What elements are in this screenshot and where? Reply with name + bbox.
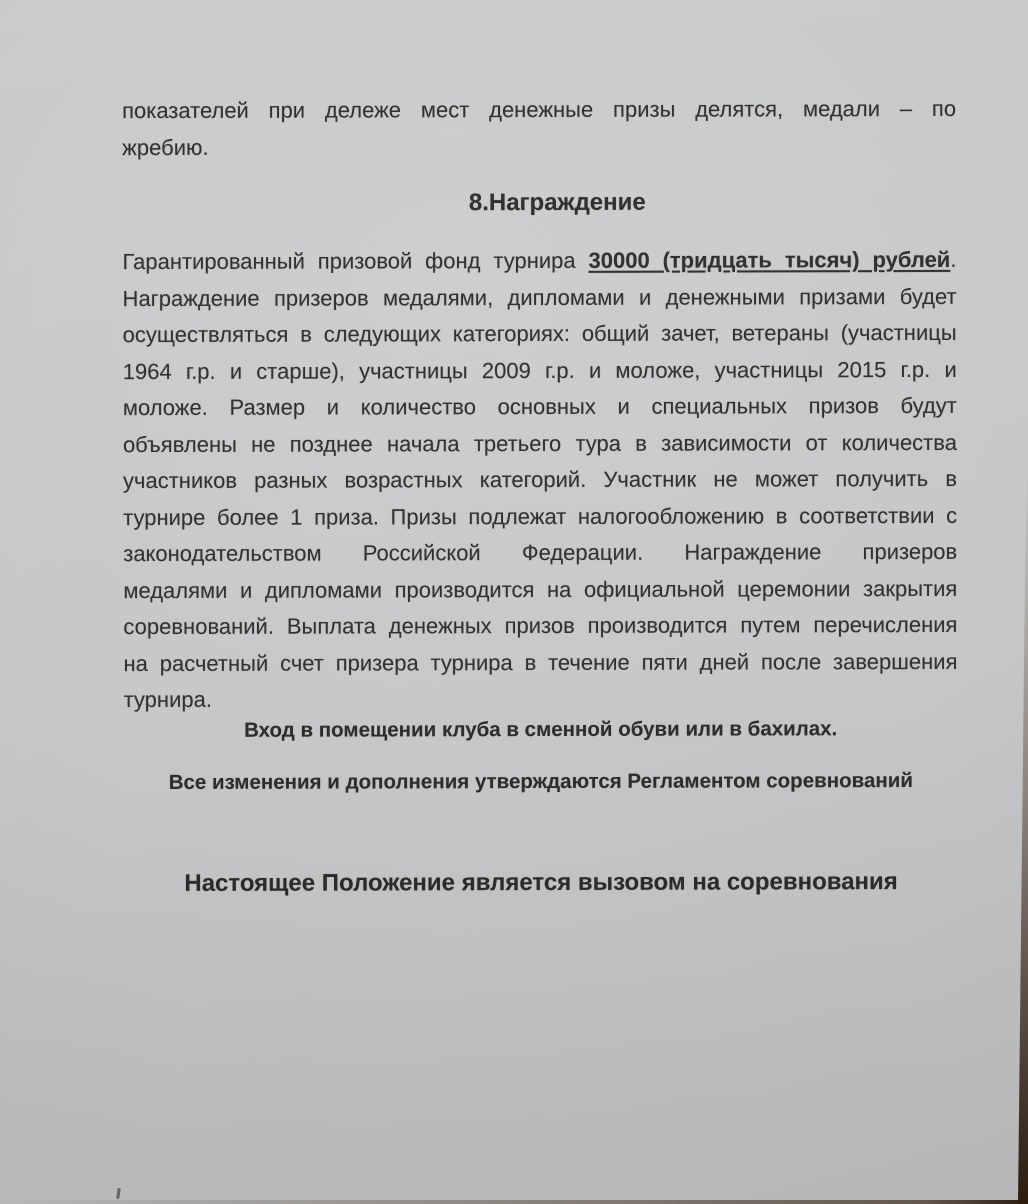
paragraph-line: Гарантированный призовой фонд турнира 30… xyxy=(122,242,956,281)
paper-speck xyxy=(116,1188,121,1199)
prize-fund-highlight: 30000 (тридцать тысяч) рублей xyxy=(588,247,950,273)
paragraph-line: жребию. xyxy=(122,127,956,166)
carryover-paragraph: показателей при дележе мест денежные при… xyxy=(122,91,956,166)
paragraph-line: показателей при дележе мест денежные при… xyxy=(122,91,956,130)
section-heading: 8.Награждение xyxy=(140,187,974,219)
paragraph-line: турнира. xyxy=(124,680,958,719)
prize-fund-prefix: Гарантированный призовой фонд турнира xyxy=(122,248,588,274)
paragraph-line: 1964 г.р. и старше), участницы 2009 г.р.… xyxy=(123,351,957,390)
paragraph-line: участников разных возрастных категорий. … xyxy=(123,461,957,500)
final-statement: Настоящее Положение является вызовом на … xyxy=(124,867,958,899)
awards-paragraph: Гарантированный призовой фонд турнира 30… xyxy=(122,242,957,719)
document-text-area: показателей при дележе мест денежные при… xyxy=(122,91,956,93)
table-edge-bottom xyxy=(0,1200,1028,1204)
paragraph-line: Награждение призеров медалями, дипломами… xyxy=(122,278,956,317)
table-edge-right xyxy=(1018,470,1028,1204)
paragraph-line: объявлены не позднее начала третьего тур… xyxy=(123,424,957,463)
prize-fund-suffix: . xyxy=(950,247,956,272)
paragraph-line: осуществляться в следующих категориях: о… xyxy=(123,315,957,354)
document-photo: показателей при дележе мест денежные при… xyxy=(0,0,1028,1204)
paragraph-line: медалями и дипломами производится на офи… xyxy=(123,570,957,609)
paragraph-line: моложе. Размер и количество основных и с… xyxy=(123,388,957,427)
paragraph-line: турнире более 1 приза. Призы подлежат на… xyxy=(123,497,957,536)
paragraph-line: законодательством Российской Федерации. … xyxy=(123,534,957,573)
paragraph-line: соревнований. Выплата денежных призов пр… xyxy=(123,607,957,646)
paragraph-line: на расчетный счет призера турнира в тече… xyxy=(123,643,957,682)
notice-footwear: Вход в помещении клуба в сменной обуви и… xyxy=(124,715,958,744)
notice-regulations: Все изменения и дополнения утверждаются … xyxy=(124,767,958,796)
